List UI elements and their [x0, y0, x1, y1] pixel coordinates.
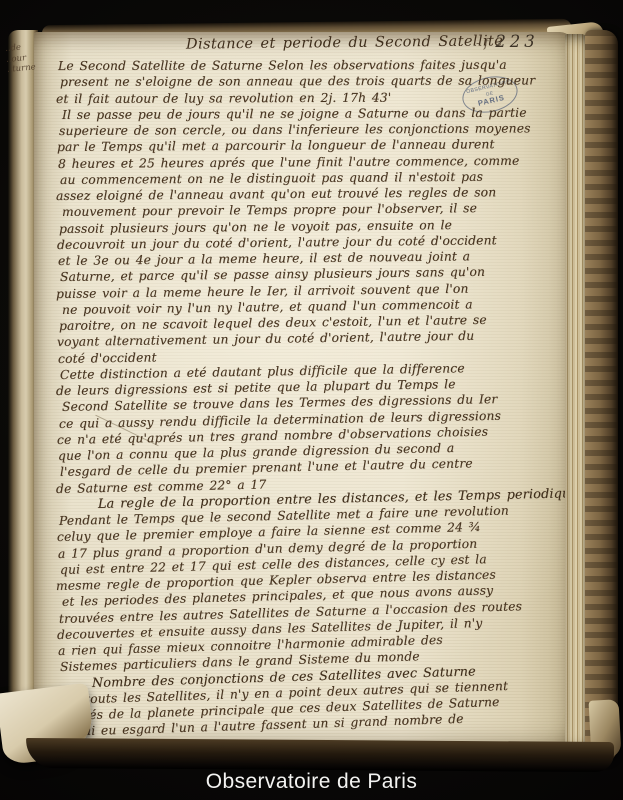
manuscript-page: Distance et periode du Second Satellite … — [34, 32, 574, 752]
folio-mark: - f — [476, 36, 488, 50]
page-title: Distance et periode du Second Satellite — [186, 33, 503, 52]
photo-caption: Observatoire de Paris — [0, 770, 623, 794]
book-bottom-shadow — [26, 738, 614, 772]
manuscript-text-line: present ne s'eloigne de son anneau que d… — [60, 73, 570, 91]
manuscript-lines: Le Second Satellite de Saturne Selon les… — [58, 58, 568, 741]
page-number: 223 — [495, 32, 539, 51]
margin-note: ..de ..our ..turne — [5, 40, 52, 75]
folio-number: - f223 — [476, 32, 539, 51]
photo-frame: Distance et periode du Second Satellite … — [0, 0, 623, 800]
fore-edge-rough — [585, 30, 618, 764]
